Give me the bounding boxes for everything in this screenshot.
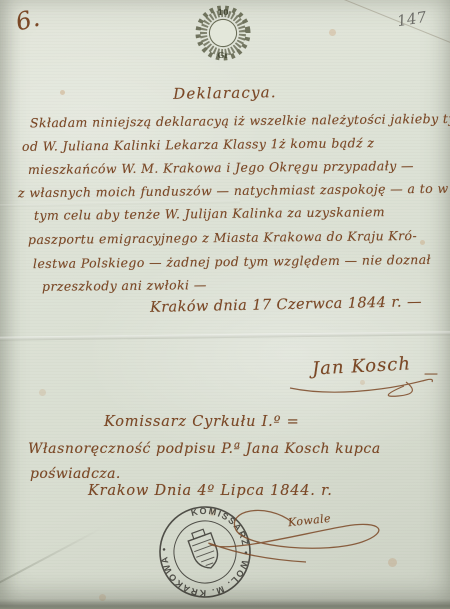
signature-flourish (288, 368, 438, 400)
body-line: mieszkańców W. M. Krakowa i Jego Okręgu … (28, 158, 414, 177)
paper-scratch (331, 0, 450, 51)
clerk-signature-flourish (196, 500, 396, 572)
body-line: przeszkody ani zwłoki — (42, 277, 207, 294)
certification-line-1: Komissarz Cyrkułu I.º = (104, 414, 300, 430)
body-line: z własnych moich funduszów — natychmiast… (18, 181, 449, 201)
archival-corner-number: 6. (13, 4, 43, 37)
signature-dash: — (424, 366, 438, 382)
revenue-stamp-icon: 10 Gr (190, 2, 256, 64)
scanned-document-page: 6. 10 Gr 147 Deklaracya. Składam niniejs… (0, 0, 450, 609)
certification-line-4: Krakow Dnia 4º Lipca 1844. r. (88, 483, 333, 499)
page-bottom-shadow (0, 599, 450, 609)
stamp-value-text: 10 (217, 7, 229, 17)
dateline: Kraków dnia 17 Czerwca 1844 r. — (150, 294, 422, 316)
body-line: Składam niniejszą deklaracyą iż wszelkie… (30, 111, 450, 131)
corner-crease (0, 527, 102, 594)
certification-line-2: Własnoręczność podpisu P.ª Jana Kosch ku… (28, 441, 381, 457)
body-line: od W. Juliana Kalinki Lekarza Klassy 1ż … (22, 135, 374, 154)
document-title: Deklaracya. (0, 80, 450, 106)
stamp-unit-text: Gr (217, 50, 229, 60)
fold-crease (0, 331, 450, 340)
pencil-page-number: 147 (396, 8, 428, 30)
body-line: tym celu aby tenże W. Julijan Kalinka za… (34, 204, 385, 223)
certification-line-3: poświadcza. (30, 466, 121, 482)
body-line: lestwa Polskiego — żadnej pod tym względ… (33, 252, 431, 271)
body-line: paszportu emigracyjnego z Miasta Krakowa… (28, 228, 417, 247)
